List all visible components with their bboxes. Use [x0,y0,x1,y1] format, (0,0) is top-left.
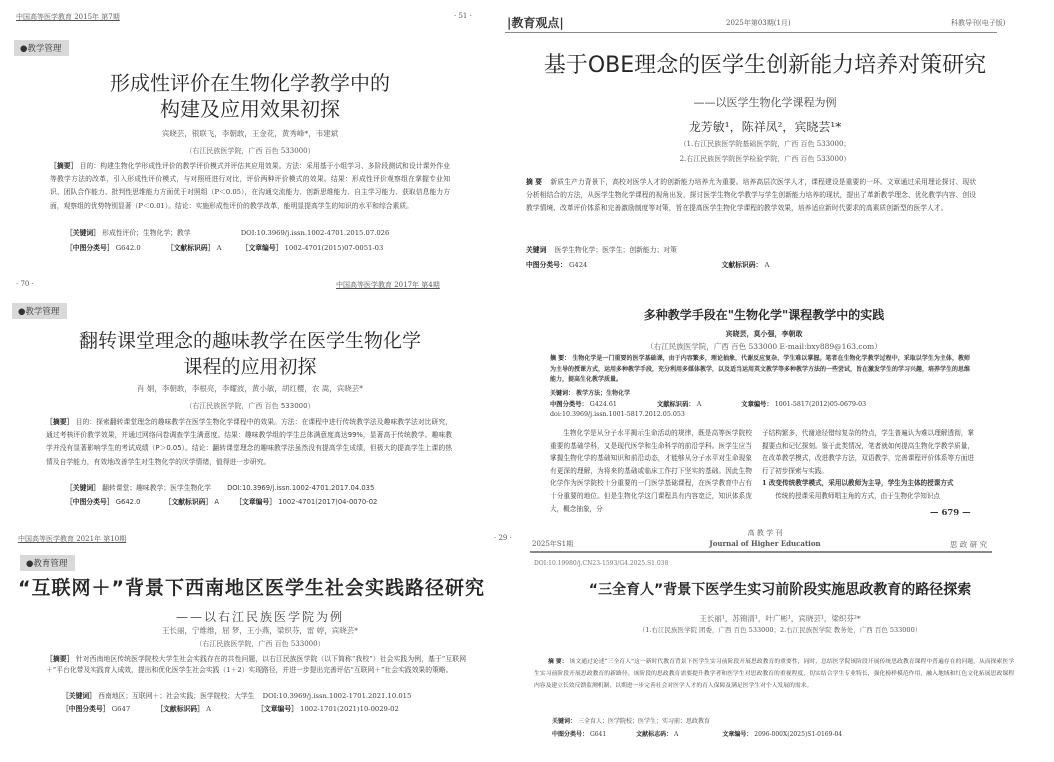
article-no-label: 文章编号： [741,401,772,408]
keywords-row: ［关键词］ 西南地区；互联网＋；社会实践；医学院校；大学生 DOI:10.396… [62,690,411,700]
keywords-row: ［关键词］ 翻转课堂；趣味教学；医学生物化学 DOI:10.3969/j.iss… [66,482,374,492]
article-no: 1002-1701(2021)10-0029-02 [300,705,399,713]
article-3: 中国高等医学教育 2021年 第10期 · 29 · ●教育管理 “互联网＋”背… [0,528,520,728]
abstract: ［摘要］ 目的：构建生物化学形成性评价的教学评价模式并评估其应用效果。方法：采用… [50,160,450,213]
authors: 王长丽，宁维维，屈 梦，王小燕，梁织芬，雷 婷，宾晓芸* [0,625,520,636]
abstract-label: ［摘要］ [50,162,77,170]
clc-code: G641 [590,731,606,738]
title-line-1: 形成性评价在生物化学教学中的 [0,70,500,96]
column: 思 政 研 究 [950,539,987,550]
article-title: 形成性评价在生物化学教学中的 构建及应用效果初探 [0,70,500,122]
keywords-row: 关键词 医学生物化学；医学生；创新能力；对策 [526,244,677,254]
keywords-label: 关键词： [552,718,576,725]
keywords: 医学生物化学；医学生；创新能力；对策 [555,246,677,254]
article-4: |教育观点| 2025年第03期(1月) 科教导刊(电子版) 基于OBE理念的医… [505,0,1054,280]
article-2: · 70 · 中国高等医学教育 2017年 第4期 ●教学管理 翻转课堂理念的趣… [0,270,500,515]
affiliation: （右江民族医学院，广西 百色 533000） [0,639,520,649]
keywords-row: 关键词： 教学方法；生物化学 [550,388,630,397]
article-no-label: ［文章编号］ [235,498,276,506]
doc-code: A [206,705,211,713]
page-number: · 29 · [494,534,512,542]
header-rule [505,32,997,33]
journal-cn: 高 教 学 刊 [520,528,1010,538]
abstract-label: 摘 要： [550,355,570,362]
affiliation: （右江民族医学院，广西 百色 533000 E-mail:bxy889@163.… [520,341,1008,352]
journal-header: 中国高等医学教育 2015年 第7期 [16,12,120,22]
journal-header: 中国高等医学教育 2021年 第10期 [18,534,126,544]
journal-header: 中国高等医学教育 2017年 第4期 [336,280,440,290]
clc-code: G642.0 [116,498,141,506]
section-heading: 1 改变传统教学模式，采用以教师为主导，学生为主体的授课方式 [762,477,974,490]
abstract-text: 针对西南地区传统医学院校大学生社会实践存在的共性问题，以右江民族医学院（以下简称… [46,655,466,674]
article-no: 2096-000X(2025)S1-0169-04 [754,731,842,738]
title-line-1: 翻转课堂理念的趣味教学在医学生物化学 [0,328,500,354]
authors: 王长丽¹，苏锦清¹，叶广彬¹，宾晓芸¹，梁织芬²* [520,613,1040,624]
doc-code-label: ［文献标识码］ [165,498,213,506]
authors: 宾晓芸，莫小强，李朝敢 [520,329,1008,339]
authors: 肖 娟，李朝敢，李根亮，李耀波，黄小敏，胡红樱，农 嵩，宾晓芸* [0,383,500,394]
affiliation-2: 2.右江民族医学院医学检验学院，广西 百色 533000） [505,154,1025,164]
affiliation-1: （1.右江民族医学院基础医学院，广西 百色 533000； [505,139,1025,149]
classification-row: ［中图分类号］ G647 ［文献标识码］ A ［文章编号］ 1002-1701(… [62,703,399,713]
title-line-2: 构建及应用效果初探 [0,96,500,122]
abstract: ［摘要］ 针对西南地区传统医学院校大学生社会实践存在的共性问题，以右江民族医学院… [46,654,466,676]
page-number: · 70 · [16,280,34,288]
affiliation: （右江民族医学院，广西 百色 533000） [0,146,500,156]
abstract-text: 新质生产力背景下，高校对医学人才的创新能力培养尤为重要。培养高层次医学人才，课程… [526,178,976,212]
doc-code-label: 文献标志码： [636,731,672,738]
clc-code: G642.0 [116,244,141,252]
keywords-label: 关键词 [526,246,546,254]
classification-row: 中图分类号： G424 文献标识码： A [526,259,769,269]
abstract-label: ［摘要］ [46,655,74,663]
abstract: 摘 要： 该文通过论述“三全育人”这一新时代教育背景下医学生实习前阶段开展思政教… [534,657,1014,692]
article-title: 多种教学手段在"生物化学"课程教学中的实践 [520,306,1008,323]
article-title: “三全育人”背景下医学生实习前阶段实施思政教育的路径探索 [520,579,1040,599]
classification-row: 中图分类号： G641 文献标志码： A 文章编号： 2096-000X(202… [552,729,842,738]
keywords-label: ［关键词］ [62,692,96,700]
doi: DOI:10.19980/j.CN23-1593/G4.2025.S1.038 [534,560,668,567]
article-no: 1002-4701(2017)04-0070-02 [278,498,377,506]
doc-code: A [674,731,678,738]
keywords-label: ［关键词］ [66,229,100,237]
keywords: 形成性评价；生物化学；教学 [102,229,190,237]
body-right-column: 子结构繁多，代谢途径错综复杂的特点，学生普遍认为难以理解透彻，掌握要点和记忆探刻… [762,427,974,503]
keywords-label: ［关键词］ [66,484,100,492]
doi: doi:10.3969/j.issn.1001-5817.2012.05.053 [550,411,685,418]
doc-code: A [214,498,219,506]
doc-code-label: 文献标识码： [657,401,695,408]
body-left-column: 生物化学是从分子水平揭示生命活动的规律，既是高等医学院校重要的基础学科，又是现代… [550,427,752,515]
clc-label: ［中图分类号］ [66,244,114,252]
article-1: 中国高等医学教育 2015年 第7期 · 51 · ●教学管理 形成性评价在生物… [0,0,500,265]
keywords-label: 关键词： [550,390,574,397]
abstract-label: ［摘要］ [46,418,73,426]
abstract-text: 生物化学是一门重要的医学基础课，由于内容繁多，理论抽象，代谢反应复杂，学生难以掌… [550,355,970,383]
affiliation: （1.右江民族医学院 团委，广西 百色 533000；2.右江民族医学院 教务处… [520,625,1040,634]
clc-label: 中图分类号： [526,261,567,269]
section-tag: ●教学管理 [12,303,67,319]
clc-code: G647 [112,705,130,713]
doi: DOI:10.3969/j.issn.1002-4701.2017.04.035 [227,484,374,492]
title-line-2: 课程的应用初探 [0,354,500,380]
body-right-paragraph-2: 传统的授课采用教师唱主角的方式，由于生物化学知识点 [762,490,974,503]
article-5: 多种教学手段在"生物化学"课程教学中的实践 宾晓芸，莫小强，李朝敢 （右江民族医… [520,290,1054,522]
classification-row: 中图分类号： G424.61 文献标识码： A 文章编号： 1001-5817(… [550,399,866,408]
keywords: 三全育人；医学院校；医学生；实习前；思政教育 [578,718,710,725]
keywords: 翻转课堂；趣味教学；医学生物化学 [102,484,211,492]
section-tag: ●教育管理 [20,555,75,571]
journal-name: 科教导刊(电子版) [951,18,1005,28]
column-tag: |教育观点| [507,14,564,31]
article-6: 高 教 学 刊 2025年S1期 Journal of Higher Educa… [520,522,1054,762]
page-footer: — 679 — [930,508,971,518]
subtitle: ——以右江民族医学院为例 [0,608,520,625]
affiliation: （右江民族医学院，广西 百色 533000） [0,401,500,411]
body-right-paragraph-1: 子结构繁多，代谢途径错综复杂的特点，学生普遍认为难以理解透彻，掌握要点和记忆探刻… [762,427,974,477]
article-no-label: 文章编号： [722,731,752,738]
section-tag: ●教学管理 [14,40,69,56]
doi: DOI:10.3969/j.issn.1002-1701.2021.10.015 [263,692,412,700]
doc-code-label: ［文献标识码］ [156,705,204,713]
article-no-label: ［文章编号］ [242,244,283,252]
clc-label: 中图分类号： [550,401,588,408]
keywords: 西南地区；互联网＋；社会实践；医学院校；大学生 [98,692,254,700]
classification-row: ［中图分类号］ G642.0 ［文献标识码］ A ［文章编号］ 1002-470… [66,242,383,252]
page-number: · 51 · [454,12,472,20]
header-rule [530,551,992,553]
doc-code-label: ［文献标识码］ [167,244,215,252]
subtitle: ——以医学生物化学课程为例 [505,94,1025,110]
abstract: ［摘要］ 目的：探索翻转课堂理念的趣味教学在医学生物化学课程中的效果。方法：在课… [46,416,452,469]
doc-code: A [217,244,222,252]
clc-label: ［中图分类号］ [66,498,114,506]
doc-code: A [697,401,702,408]
authors: 宾晓芸，银联飞，李朝敢，王金花，黄秀峰*，韦建斌 [0,128,500,139]
clc-label: 中图分类号： [552,731,588,738]
clc-code: G424 [569,261,587,269]
article-title: 翻转课堂理念的趣味教学在医学生物化学 课程的应用初探 [0,328,500,380]
classification-row: ［中图分类号］ G642.0 ［文献标识码］ A ［文章编号］ 1002-470… [66,496,377,506]
abstract-text: 目的：探索翻转课堂理念的趣味教学在医学生物化学课程中的效果。方法：在课程中进行传… [46,418,452,466]
authors: 龙芳敏¹，陈祥凤²，宾晓芸¹* [505,118,1025,135]
keywords-row: 关键词： 三全育人；医学院校；医学生；实习前；思政教育 [552,716,710,725]
journal-en: Journal of Higher Education [520,539,1010,548]
doc-code-label: 文献标识码： [722,261,763,269]
doc-code: A [764,261,769,269]
article-no-label: ［文章编号］ [257,705,298,713]
keywords-row: ［关键词］ 形成性评价；生物化学；教学 DOI:10.3969/j.issn.1… [66,227,389,237]
abstract: 摘 要： 生物化学是一门重要的医学基础课，由于内容繁多，理论抽象，代谢反应复杂，… [550,354,970,386]
clc-code: G424.61 [590,401,617,408]
abstract-label: 摘 要： [548,659,568,665]
article-no: 1001-5817(2012)05-0679-03 [775,401,866,408]
issue: 2025年第03期(1月) [726,18,791,28]
doi: DOI:10.3969/j.issn.1002-4701.2015.07.026 [241,229,390,237]
keywords: 教学方法；生物化学 [576,390,630,397]
clc-label: ［中图分类号］ [62,705,110,713]
article-title: “互联网＋”背景下西南地区医学生社会实践路径研究 [18,576,485,600]
abstract-label: 摘 要 [526,178,542,186]
article-no: 1002-4701(2015)07-0051-03 [285,244,384,252]
abstract-text: 该文通过论述“三全育人”这一新时代教育背景下医学生实习前阶段开展思政教育的重要性… [534,659,1014,689]
article-title: 基于OBE理念的医学生创新能力培养对策研究 [505,52,1025,80]
abstract-text: 目的：构建生物化学形成性评价的教学评价模式并评估其应用效果。方法：采用基于小组学… [50,162,450,210]
abstract: 摘 要 新质生产力背景下，高校对医学人才的创新能力培养尤为重要。培养高层次医学人… [526,176,976,216]
